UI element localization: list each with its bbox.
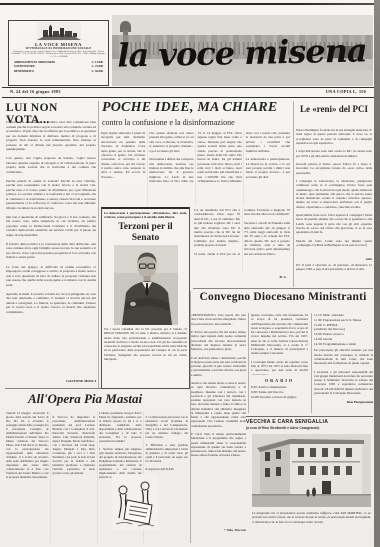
convegno-mid-text: Questo convegno, oltre alla formazione, … [251,313,308,375]
top-border-rule [0,3,374,5]
article-body-opera-pia: Venerdì 13 maggio, ricorrendo il giorno … [6,411,188,543]
subtitle-poche-idee: contro la confusione e la disinformazion… [102,118,292,127]
column-divider [293,101,294,287]
convegno-column-mid: Questo convegno, oltre alla formazione, … [251,313,308,399]
byline-gastone-mosci: GASTONE MOSCI [6,379,96,383]
dateline-rule-bottom [2,97,374,98]
byline-gila: Gila [296,257,372,261]
convegno-column-left: «MINISTRANTI?» Una parola che può dare l… [191,313,246,532]
feature-caption: Tra i nuovi candidati che la DC presenta… [104,327,187,375]
section-rule [246,416,373,417]
column-divider [311,313,312,413]
rate-label: BENEMERITO [14,69,34,73]
article-body-poche-idee-right: C'è un manifesto del PCI che è contraddi… [194,208,290,273]
issue-number: N. 24 del 16 giugno 1983 [10,89,61,94]
headline-convegno: Convegno Diocesano Ministranti [190,291,376,303]
byline-bc: B. C. [194,275,287,279]
convegno-column-right: 11.15: Mini - merenda 11.30: Preparazion… [314,313,373,404]
town-engraving-image [37,22,81,41]
dateline-rule-top [2,87,374,88]
column-divider [98,101,99,388]
copy-price: UNA COPIA L. 350 [298,89,366,94]
article-body-lui-non-vota: Conoscere la sfiducia per la politica vu… [6,120,96,377]
convegno-left-text: «MINISTRANTI?» Una parola che può dare l… [191,313,246,526]
rate-value: L. 50.000 [92,69,103,73]
terzoni-portrait-photo [114,245,178,325]
orario-morning-list: 8.30: Arrivi e sistemazione 9.30: Saluto… [251,385,308,399]
subheader-vecchia-senigallia: (a cura di Rino Girolimetti e Adrio Casa… [246,426,373,430]
info-box-address: Redazione e amm. in sede centrale Gruppo… [11,51,106,59]
postscript-note: P.S. Il fatto è riportato su «Il giornal… [296,263,372,287]
headline-poche-idee: POCHE IDEE, MA CHIARE [102,100,292,116]
newspaper-page: LA VOCE MISENA SETTIMANALE DI INFORMAZIO… [0,0,380,547]
feature-intro: La democrazia è partecipazione. «Brontol… [104,211,187,219]
headline-opera-pia: All'Opera Pia Mastai [28,391,190,407]
masthead-title: la voce misena [110,31,375,75]
section-rule [193,288,373,289]
convegno-right-text: Per partecipare gli obiettivi saranno: p… [314,348,373,400]
feature-terzoni-box: La democrazia è partecipazione. «Brontol… [101,207,190,389]
headline-reni-pci: Le «reni» del PCI [296,104,372,115]
article-body-poche-idee-top: Ogni vigilia elettorale è piena di incog… [101,131,290,205]
headline-terzoni: Terzoni per il Senato [104,222,187,243]
byline-vescovo: + Odo, Vescovo [191,528,246,532]
subscription-rates: ABBONAMENTO ORDINARIO L. 12.000 SOSTENIT… [14,60,103,73]
via-san-martino-photo [252,434,371,507]
article-body-reni-pci: Enrico Berlinguer fa anche lui la sua ba… [296,128,372,256]
schedule-afternoon-list: 11.15: Mini - merenda 11.30: Preparazion… [314,313,373,346]
election-cartoon [112,474,158,530]
column-divider [248,313,249,413]
masthead-info-box: LA VOCE MISENA SETTIMANALE DI INFORMAZIO… [8,20,109,86]
rate-row: BENEMERITO L. 50.000 [14,69,103,73]
header-vecchia-senigallia: VECCHIA E CARA SENIGALLIA [246,419,373,425]
orario-title: ORARIO [251,378,308,383]
photo-caption-via-san-martino: La fotografia che vi proponiamo questa s… [252,511,371,537]
scan-edge-shadow [374,0,380,547]
byline-don-piergiovanni: Don Piergiovanni [314,400,373,404]
